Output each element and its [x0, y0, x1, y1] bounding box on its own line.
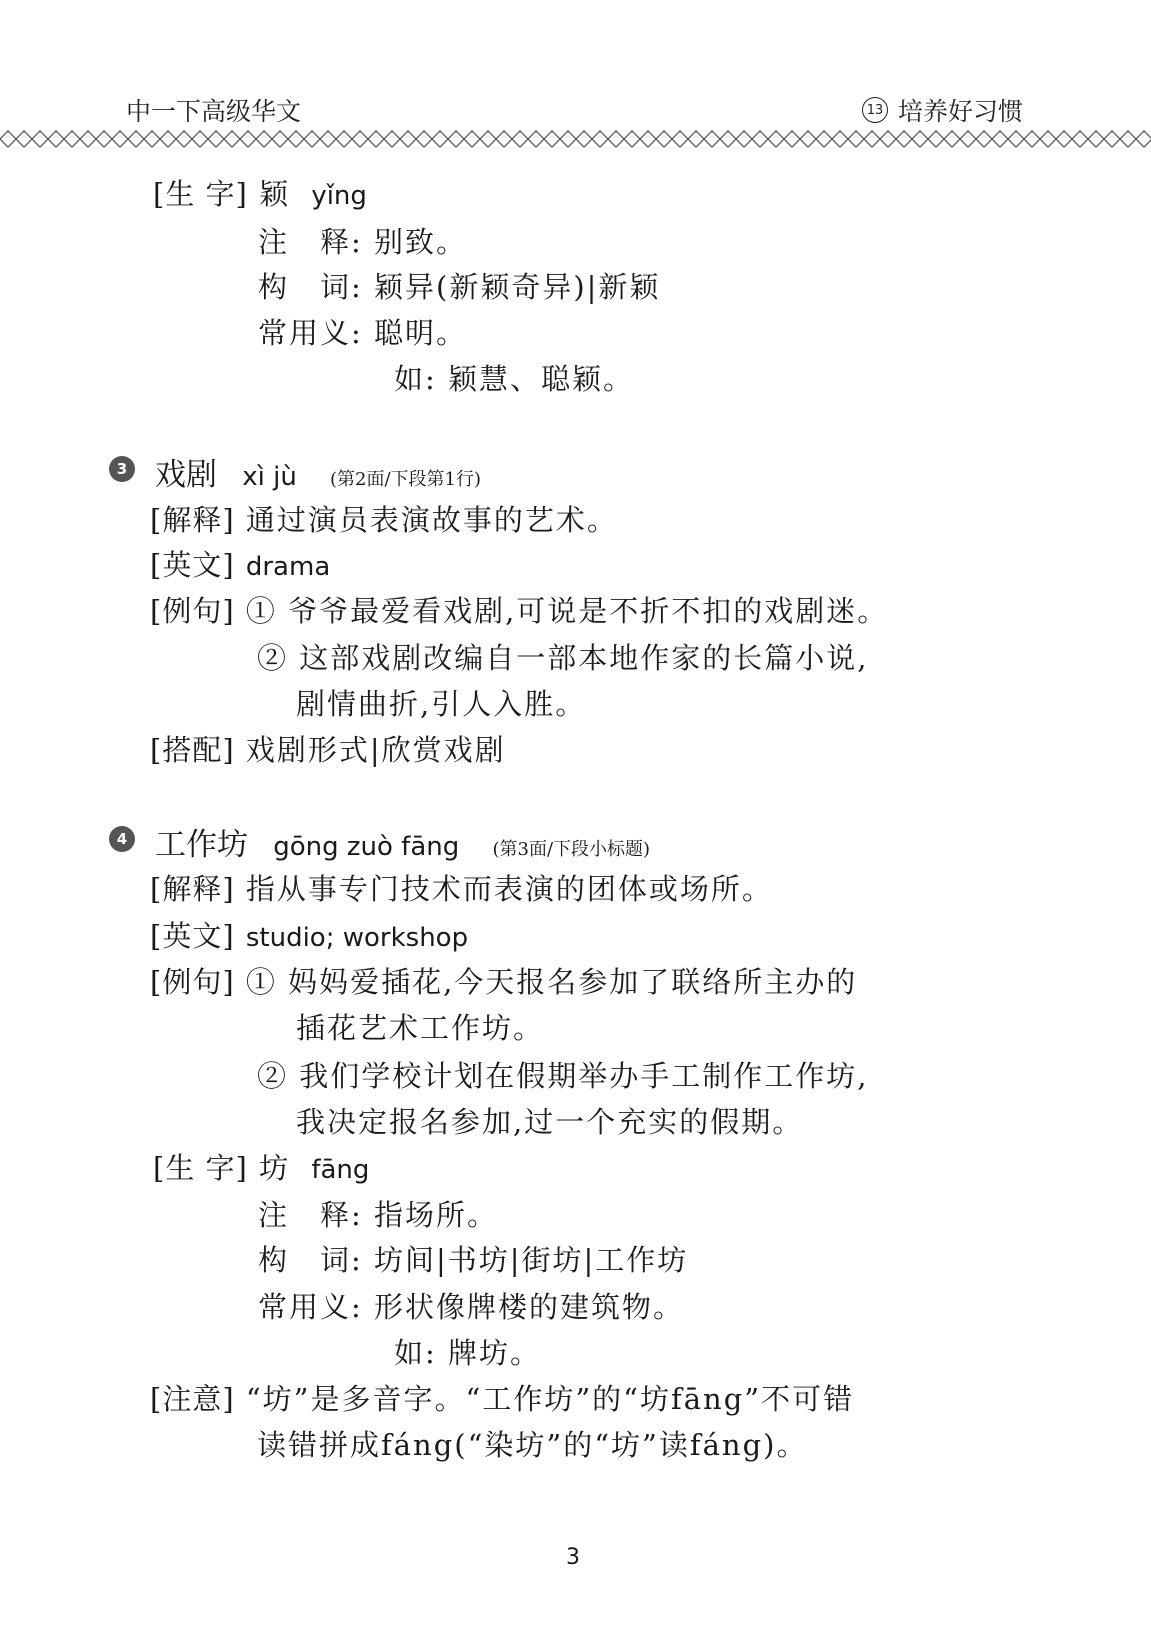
dapei-tag: [搭配] [150, 733, 235, 767]
example-usage: 如: 颖慧、聪颖。 [394, 357, 634, 398]
gouci-row: 构 词: 颖异(新颖奇异)|新颖 [258, 265, 660, 306]
yingwen-text: drama [246, 552, 330, 582]
zhuyi-tag: [注意] [150, 1382, 235, 1416]
shengzi-char: 颖 [259, 177, 290, 211]
yingwen-row: [英文] studio; workshop [150, 914, 468, 955]
changyongyi-label: 常用义: [258, 316, 363, 350]
zhushi-row: 注 释: 别致。 [258, 220, 467, 261]
shengzi-char: 坊 [259, 1151, 290, 1185]
liju-row: [例句] ① 爷爷最爱看戏剧,可说是不折不扣的戏剧迷。 [150, 589, 888, 630]
zhuyi-row: [注意] “坊”是多音字。“工作坊”的“坊fāng”不可错 [150, 1377, 854, 1418]
entry-reference: (第2面/下段第1行) [330, 469, 481, 490]
changyongyi-row: 常用义: 聪明。 [258, 311, 467, 352]
yingwen-tag: [英文] [150, 919, 235, 953]
dapei-row: [搭配] 戏剧形式|欣赏戏剧 [150, 728, 506, 769]
gouci-row: 构 词: 坊间|书坊|街坊|工作坊 [258, 1238, 688, 1279]
jieshi-text: 指从事专门技术而表演的团体或场所。 [246, 872, 773, 906]
shengzi-pinyin: yǐng [311, 181, 367, 211]
jieshi-tag: [解释] [150, 503, 235, 537]
changyongyi-text: 聪明。 [374, 316, 467, 350]
entry-number-badge: 3 [109, 456, 135, 482]
changyongyi-row: 常用义: 形状像牌楼的建筑物。 [258, 1285, 684, 1326]
zhushi-label: 注 释: [258, 1198, 363, 1232]
page-number: 3 [566, 1545, 580, 1570]
gouci-label: 构 词: [258, 1243, 363, 1277]
jieshi-row: [解释] 指从事专门技术而表演的团体或场所。 [150, 867, 773, 908]
example-sentence-continued: 插花艺术工作坊。 [296, 1006, 544, 1047]
lesson-heading: 13 培养好习惯 [862, 92, 1023, 128]
zhuyi-text-continued: 读错拼成fáng(“染坊”的“坊”读fáng)。 [257, 1423, 807, 1464]
jieshi-text: 通过演员表演故事的艺术。 [246, 503, 618, 537]
zhushi-text: 指场所。 [374, 1198, 498, 1232]
example-sentence: ② 我们学校计划在假期举办手工制作工作坊, [257, 1054, 868, 1095]
lesson-title: 培养好习惯 [898, 92, 1023, 128]
liju-tag: [例句] [150, 965, 235, 999]
changyongyi-text: 形状像牌楼的建筑物。 [374, 1290, 684, 1324]
entry-pinyin: xì jù [242, 462, 297, 492]
liju-row: [例句] ① 妈妈爱插花,今天报名参加了联络所主办的 [150, 960, 857, 1001]
gouci-text: 颖异(新颖奇异)|新颖 [374, 270, 660, 304]
zhushi-text: 别致。 [374, 225, 467, 259]
example-usage: 如: 牌坊。 [394, 1331, 541, 1372]
example-sentence: ① 妈妈爱插花,今天报名参加了联络所主办的 [246, 965, 857, 999]
yingwen-text: studio; workshop [246, 923, 468, 953]
zhushi-row: 注 释: 指场所。 [258, 1193, 498, 1234]
dapei-text: 戏剧形式|欣赏戏剧 [246, 733, 506, 767]
gouci-label: 构 词: [258, 270, 363, 304]
entry-pinyin: gōng zuò fāng [273, 832, 459, 862]
example-sentence-continued: 剧情曲折,引人入胜。 [296, 682, 586, 723]
shengzi-tag: [生 字] [153, 177, 248, 211]
entry-number-badge: 4 [109, 826, 135, 852]
example-sentence-continued: 我决定报名参加,过一个充实的假期。 [296, 1100, 803, 1141]
book-title: 中一下高级华文 [126, 92, 301, 128]
zhuyi-text: “坊”是多音字。“工作坊”的“坊fāng”不可错 [246, 1382, 854, 1416]
shengzi-row: [生 字] 坊 fāng [153, 1146, 369, 1187]
shengzi-pinyin: fāng [311, 1155, 369, 1185]
gouci-text: 坊间|书坊|街坊|工作坊 [374, 1243, 688, 1277]
yingwen-row: [英文] drama [150, 543, 330, 584]
liju-tag: [例句] [150, 594, 235, 628]
shengzi-tag: [生 字] [153, 1151, 248, 1185]
entry-heading: 工作坊 gōng zuò fāng (第3面/下段小标题) [155, 819, 650, 864]
entry-heading: 戏剧 xì jù (第2面/下段第1行) [155, 449, 481, 494]
entry-word: 工作坊 [155, 827, 248, 863]
changyongyi-label: 常用义: [258, 1290, 363, 1324]
shengzi-row: [生 字] 颖 yǐng [153, 172, 367, 213]
lesson-number-circle: 13 [862, 97, 888, 123]
jieshi-tag: [解释] [150, 872, 235, 906]
yingwen-tag: [英文] [150, 548, 235, 582]
jieshi-row: [解释] 通过演员表演故事的艺术。 [150, 498, 618, 539]
entry-word: 戏剧 [155, 457, 217, 493]
zhushi-label: 注 释: [258, 225, 363, 259]
entry-reference: (第3面/下段小标题) [492, 839, 650, 860]
example-sentence: ② 这部戏剧改编自一部本地作家的长篇小说, [257, 636, 868, 677]
example-sentence: ① 爷爷最爱看戏剧,可说是不折不扣的戏剧迷。 [246, 594, 888, 628]
diamond-border-divider [0, 130, 1151, 148]
